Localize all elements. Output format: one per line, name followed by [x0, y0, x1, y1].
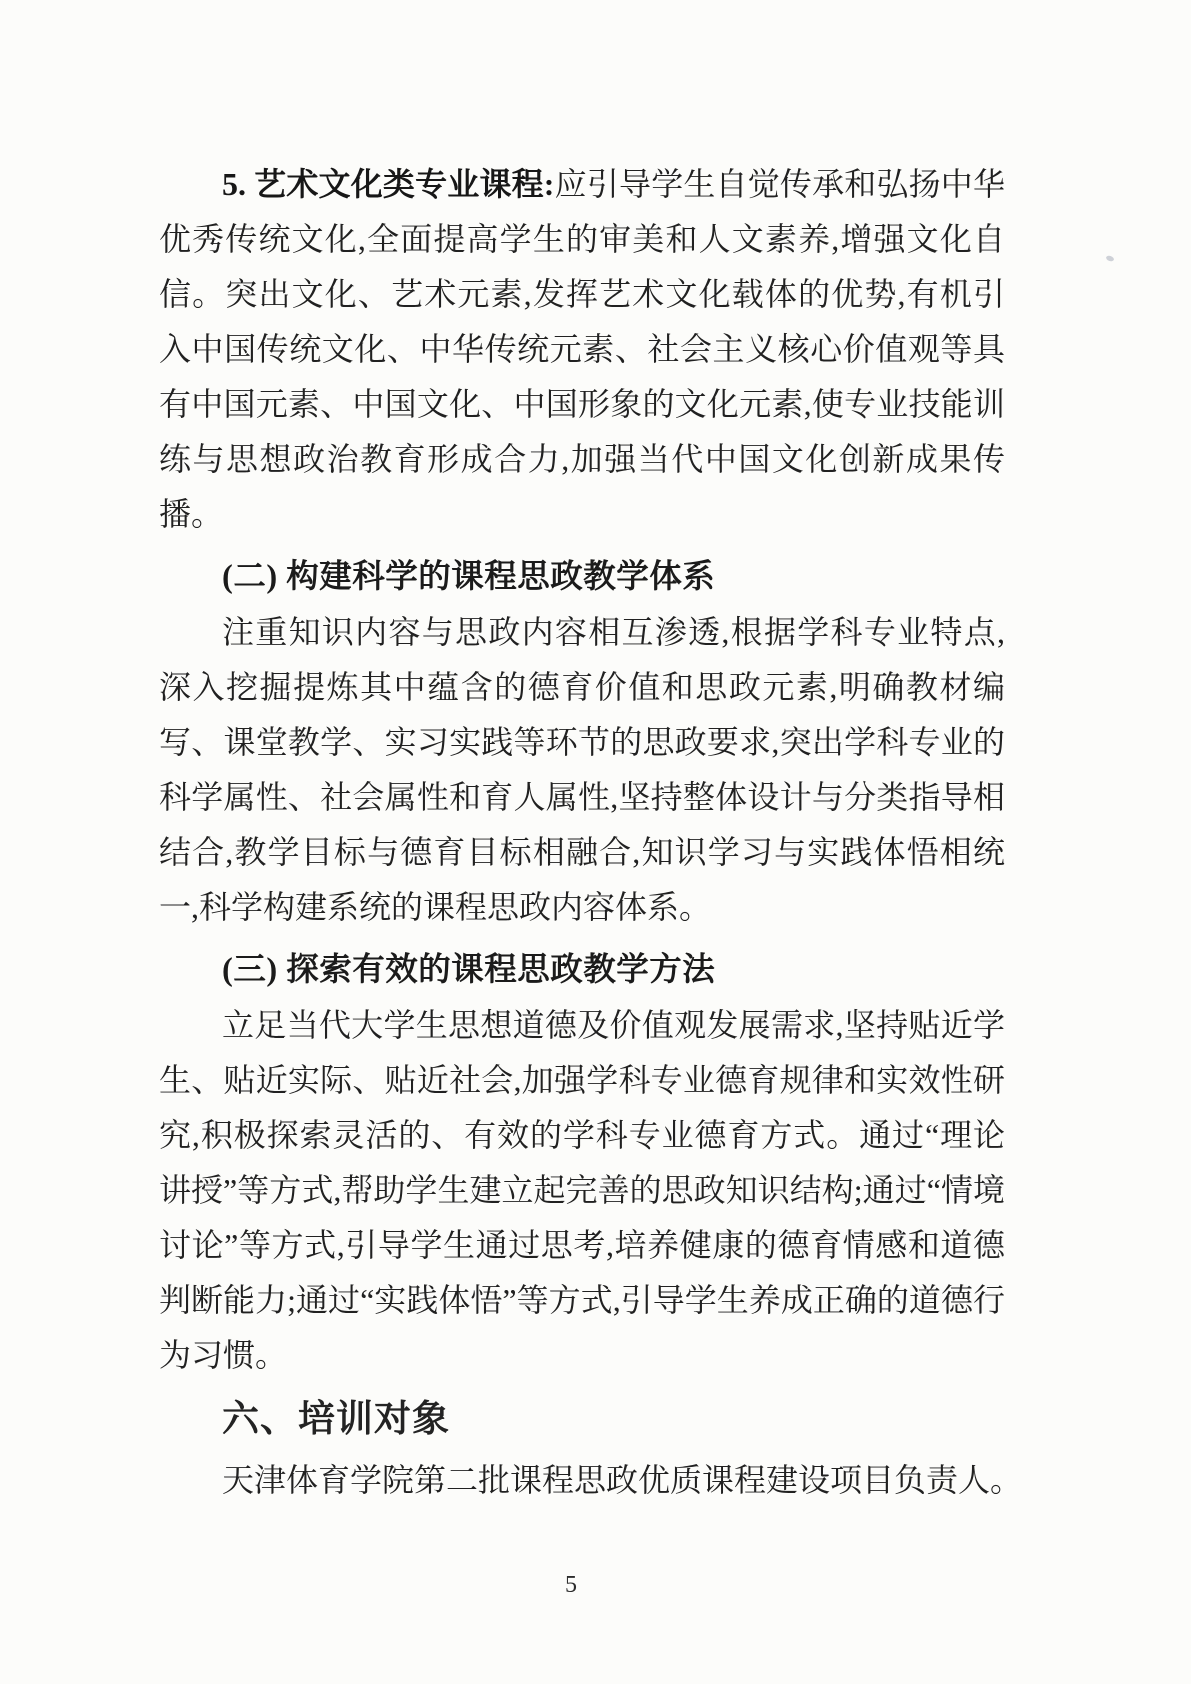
- section-heading-three-teaching-methods: (三) 探索有效的课程思政教学方法: [159, 943, 1005, 998]
- paragraph-art-culture-course: 5. 艺术文化类专业课程:应引导学生自觉传承和弘扬中华优秀传统文化,全面提高学生…: [159, 157, 1005, 542]
- paragraph-teaching-system: 注重知识内容与思政内容相互渗透,根据学科专业特点,深入挖掘提炼其中蕴含的德育价值…: [159, 605, 1005, 935]
- scan-artifact: [853, 783, 858, 788]
- paragraph-teaching-methods: 立足当代大学生思想道德及价值观发展需求,坚持贴近学生、贴近实际、贴近社会,加强学…: [159, 998, 1005, 1383]
- document-page: 5. 艺术文化类专业课程:应引导学生自觉传承和弘扬中华优秀传统文化,全面提高学生…: [0, 0, 1191, 1684]
- paragraph-bold-lead: 5. 艺术文化类专业课程:: [222, 166, 554, 202]
- section-heading-two-teaching-system: (二) 构建科学的课程思政教学体系: [159, 550, 1005, 605]
- document-body: 5. 艺术文化类专业课程:应引导学生自觉传承和弘扬中华优秀传统文化,全面提高学生…: [159, 157, 1005, 1508]
- section-heading-six-training-target: 六、培训对象: [159, 1391, 1005, 1446]
- paragraph-body-text: 应引导学生自觉传承和弘扬中华优秀传统文化,全面提高学生的审美和人文素养,增强文化…: [159, 166, 1005, 532]
- scan-artifact: [1105, 255, 1114, 262]
- page-number: 5: [531, 1570, 611, 1600]
- paragraph-training-target: 天津体育学院第二批课程思政优质课程建设项目负责人。: [159, 1453, 1005, 1508]
